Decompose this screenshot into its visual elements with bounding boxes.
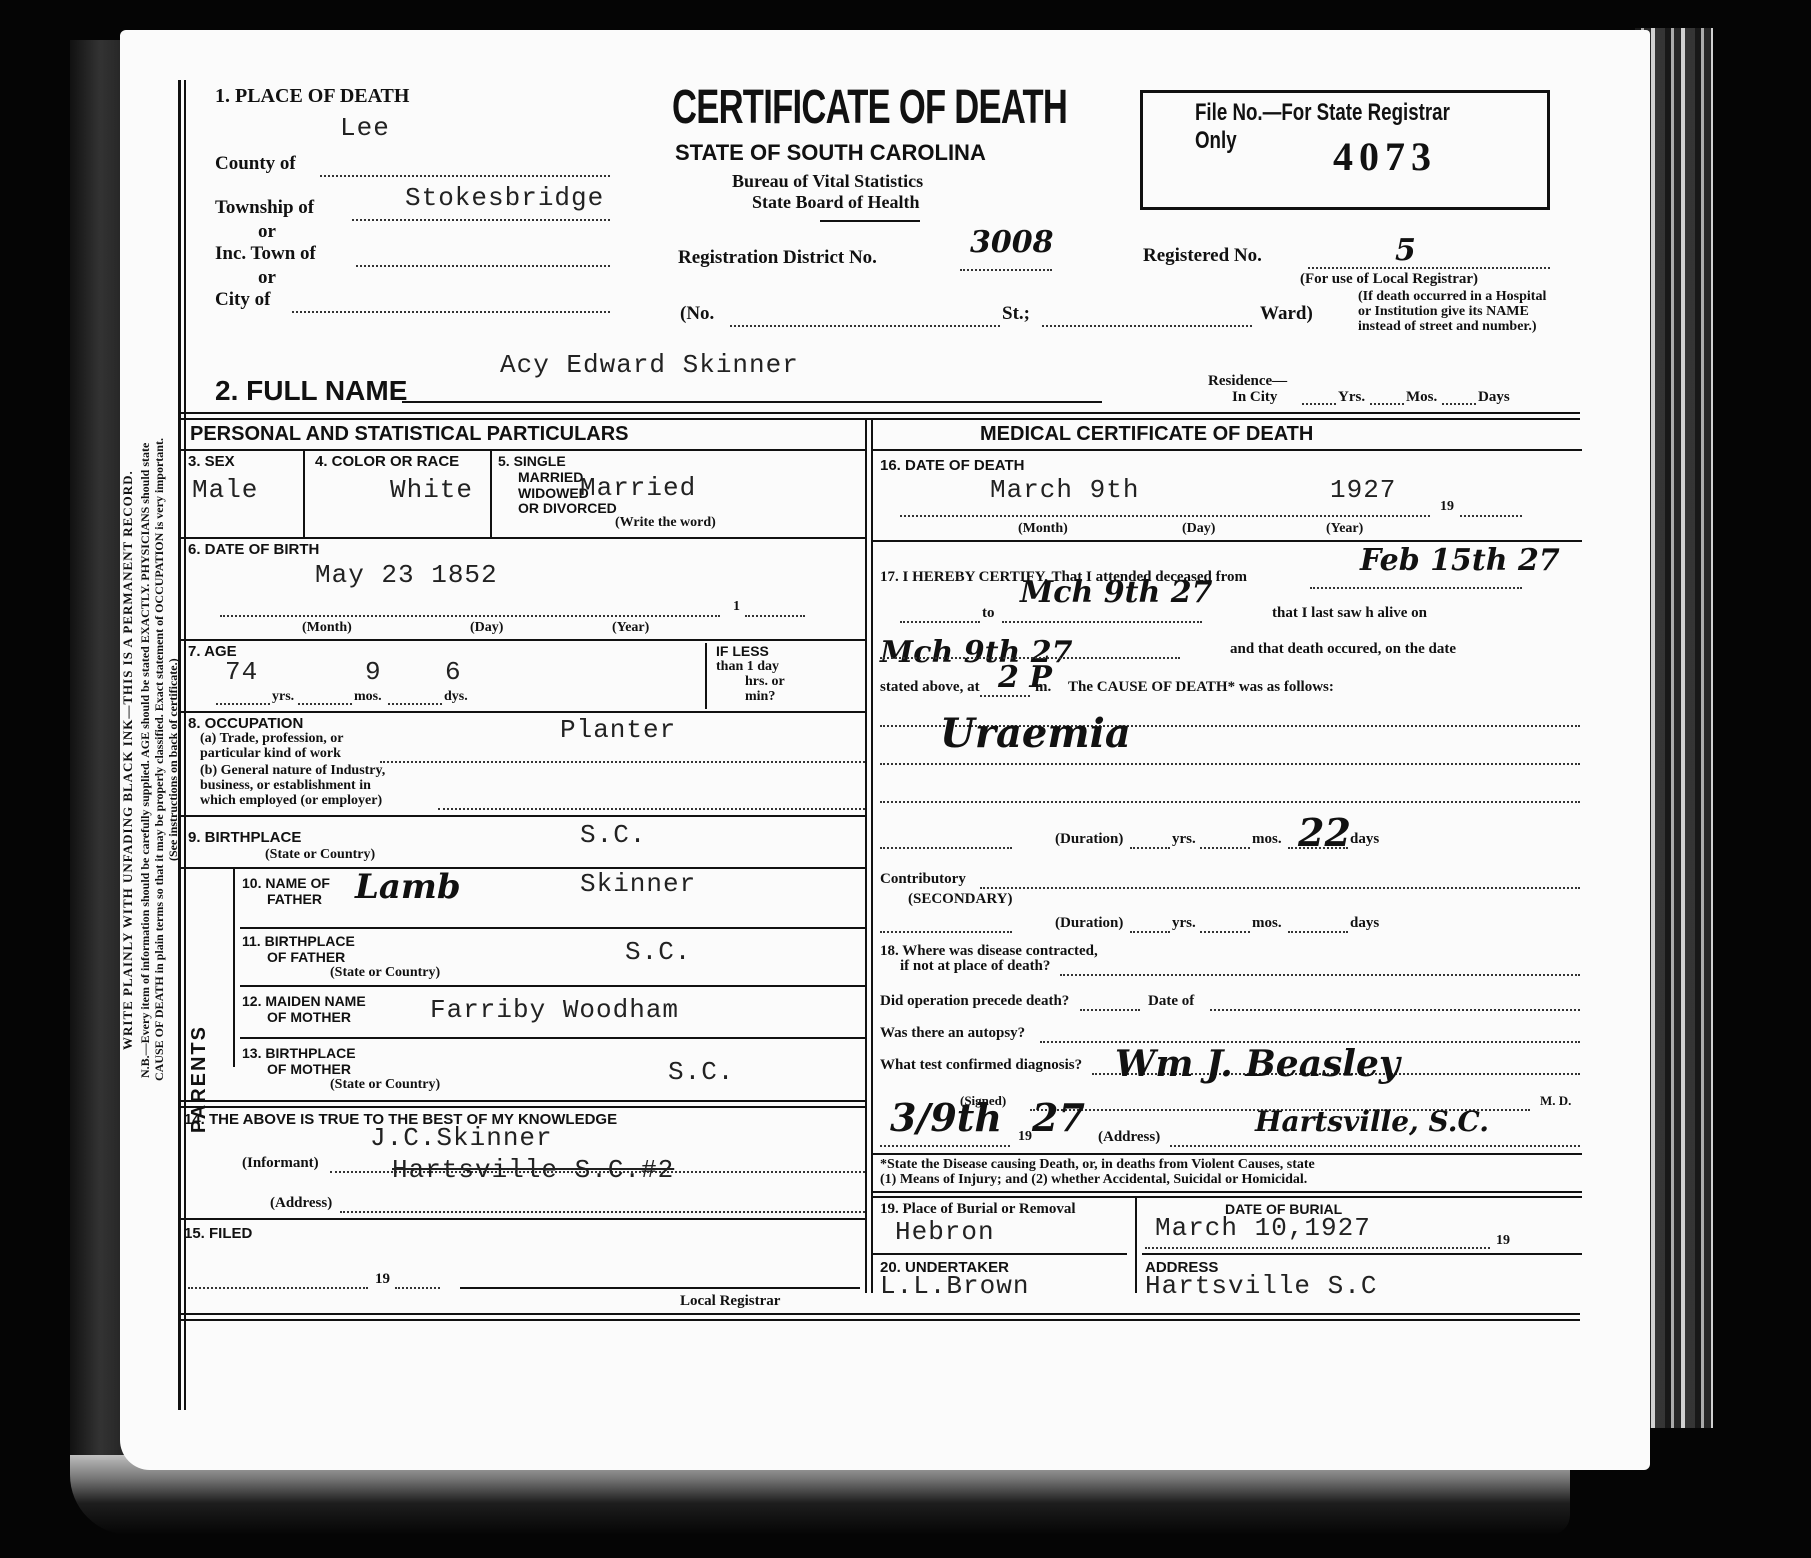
operation-date-field[interactable] [1210, 1009, 1580, 1011]
disease-contracted-field[interactable] [1060, 974, 1580, 976]
row-rule-4 [180, 815, 865, 817]
burial-date-field[interactable] [1145, 1247, 1490, 1249]
residence-years-field[interactable] [1302, 403, 1336, 405]
cause-text: The CAUSE OF DEATH* was as follows: [1068, 679, 1334, 696]
row-rule-7 [180, 1218, 865, 1220]
header-divider [180, 412, 1580, 414]
full-name-field[interactable] [402, 401, 1102, 403]
residence-in-city: In City [1232, 389, 1277, 406]
father-name-label-2: FATHER [267, 891, 322, 907]
father-name-rule [240, 927, 865, 929]
dod-day-caption: (Day) [1182, 521, 1215, 537]
duration-years-field[interactable] [1130, 847, 1170, 849]
attended-from-field[interactable] [1310, 587, 1522, 589]
occupation-b-1: (b) General nature of Industry, [200, 763, 385, 779]
dob-label: 6. DATE OF BIRTH [188, 541, 319, 558]
duration-mos-label: mos. [1252, 831, 1282, 848]
registered-no-label: Registered No. [1143, 245, 1262, 267]
father-bp-label-1: 11. BIRTHPLACE [242, 933, 355, 949]
secondary-label: (SECONDARY) [908, 891, 1012, 908]
if-less-2: than 1 day [716, 659, 779, 675]
race-value: White [390, 475, 473, 505]
operation-label: Did operation precede death? [880, 993, 1069, 1010]
if-less-3: hrs. or [745, 674, 785, 690]
mother-name-label-2: OF MOTHER [267, 1009, 351, 1025]
duration-days-field[interactable] [1288, 847, 1348, 849]
medical-heading-rule [872, 449, 1582, 451]
row-rule-6 [180, 1100, 865, 1102]
race-label: 4. COLOR OR RACE [315, 453, 459, 470]
local-registrar-note: (For use of Local Registrar) [1300, 271, 1478, 288]
age-yrs-label: yrs. [272, 689, 294, 705]
header-divider-2 [180, 418, 1580, 420]
frame-bottom-rule-2 [180, 1319, 1580, 1321]
sign-year-prefix: 19 [1018, 1129, 1032, 1145]
occupation-a-1: (a) Trade, profession, or [200, 731, 344, 747]
residence-yrs-label: Yrs. [1338, 389, 1365, 406]
side-note-cause: CAUSE OF DEATH in plain terms so that it… [152, 110, 167, 1410]
city-field[interactable] [292, 311, 610, 313]
undertaker-value: L.L.Brown [880, 1271, 1029, 1301]
occurred-text: and that death occured, on the date [1230, 641, 1456, 658]
burial-place-label: 19. Place of Burial or Removal [880, 1201, 1076, 1218]
secondary-yrs-label: yrs. [1172, 915, 1196, 932]
marital-hint: (Write the word) [615, 515, 716, 531]
dob-day-caption: (Day) [470, 620, 503, 636]
residence-days-field[interactable] [1442, 403, 1476, 405]
residence-days-label: Days [1478, 389, 1510, 406]
date-of-label: Date of [1148, 993, 1194, 1010]
duration-days-label: days [1350, 831, 1379, 848]
dob-month-caption: (Month) [302, 620, 352, 636]
dob-year-prefix: 1 [733, 599, 740, 615]
dod-year-field[interactable] [1460, 515, 1522, 517]
registration-district-field[interactable] [960, 269, 1052, 271]
dob-year-caption: (Year) [612, 620, 649, 636]
street-label: St.; [1002, 303, 1030, 325]
occupation-a-2: particular kind of work [200, 746, 341, 762]
residence-label: Residence— [1208, 373, 1287, 390]
secondary-duration-days-field[interactable] [1288, 931, 1348, 933]
mother-name-label-1: 12. MAIDEN NAME [242, 993, 366, 1009]
dob-value: May 23 1852 [315, 560, 498, 590]
frame-bottom-rule [180, 1313, 1580, 1315]
residence-months-field[interactable] [1370, 403, 1404, 405]
father-bp-value: S.C. [625, 937, 691, 967]
informant-address-label: (Address) [270, 1195, 332, 1212]
hospital-note: (If death occurred in a Hospital or Inst… [1358, 289, 1553, 334]
informant-address-field[interactable] [340, 1211, 865, 1213]
occupation-label: 8. OCCUPATION [188, 715, 303, 732]
last-saw-field[interactable] [880, 657, 1180, 659]
q18-label-2: if not at place of death? [900, 958, 1050, 975]
medical-rule-3 [872, 1191, 1582, 1193]
row-rule-2 [180, 639, 865, 641]
registration-district-label: Registration District No. [678, 247, 877, 269]
mother-bp-hint: (State or Country) [330, 1077, 440, 1093]
column-divider [865, 418, 867, 1293]
birthplace-label: 9. BIRTHPLACE [188, 829, 301, 846]
township-field[interactable] [352, 219, 610, 221]
county-label: County of [215, 153, 296, 175]
certificate-form: 1. PLACE OF DEATH Lee County of Township… [180, 75, 1600, 1415]
undertaker-address-value: Hartsville S.C [1145, 1271, 1377, 1301]
footnote-2: (1) Means of Injury; and (2) whether Acc… [880, 1172, 1307, 1188]
title-underline [820, 220, 920, 222]
registration-district-value: 3008 [970, 225, 1054, 260]
medical-rule-1 [872, 540, 1582, 542]
secondary-duration-months-field[interactable] [1200, 931, 1250, 933]
residence-mos-label: Mos. [1406, 389, 1437, 406]
dob-field[interactable] [220, 615, 720, 617]
or-text-1: or [258, 221, 276, 243]
father-name-label-1: 10. NAME OF [242, 875, 330, 891]
inc-town-field[interactable] [356, 265, 610, 267]
registered-no-field[interactable] [1308, 267, 1550, 269]
informant-value: J.C.Skinner [370, 1123, 553, 1153]
m-label: m. [1035, 679, 1051, 696]
township-value: Stokesbridge [405, 183, 604, 213]
or-text-2: or [258, 267, 276, 289]
sign-date-hand: 3/9th [890, 1095, 1002, 1140]
physician-address-field[interactable] [1170, 1145, 1580, 1147]
time-of-death-field[interactable] [980, 695, 1030, 697]
father-bp-hint: (State or Country) [330, 965, 440, 981]
cause-of-death-value: Uraemia [940, 710, 1131, 757]
burial-year-prefix: 19 [1496, 1233, 1510, 1249]
age-days-field[interactable] [388, 703, 442, 705]
row-rule-6b [180, 1106, 865, 1108]
burial-date-value: March 10,1927 [1155, 1213, 1371, 1243]
father-bp-rule [240, 985, 865, 987]
age-years-field[interactable] [216, 703, 270, 705]
dob-year-field[interactable] [745, 615, 805, 617]
age-months-value: 9 [365, 657, 382, 687]
birthplace-hint: (State or Country) [265, 847, 375, 863]
filed-date-field[interactable] [188, 1287, 368, 1289]
city-label: City of [215, 289, 270, 311]
mother-bp-label-2: OF MOTHER [267, 1061, 351, 1077]
contributory-field[interactable] [980, 887, 1580, 889]
medical-heading: MEDICAL CERTIFICATE OF DEATH [980, 423, 1313, 446]
marital-label-married: MARRIED [518, 469, 583, 485]
informant-label: (Informant) [242, 1155, 319, 1172]
side-note-nb: N.B.—Every item of information should be… [138, 110, 153, 1410]
if-less-1: IF LESS [716, 643, 769, 659]
if-less-4: min? [745, 689, 775, 705]
ward-label: Ward) [1260, 303, 1313, 325]
dod-month-caption: (Month) [1018, 521, 1068, 537]
attended-to-field[interactable] [1002, 621, 1202, 623]
sign-date-field[interactable] [880, 1145, 1010, 1147]
attended-to-hand: Mch 9th 27 [1020, 575, 1212, 610]
side-instructions: WRITE PLAINLY WITH UNFADING BLACK INK—TH… [118, 110, 178, 1410]
contributory-label: Contributory [880, 871, 966, 888]
attended-from-date-field[interactable] [900, 621, 980, 623]
medical-rule-2 [872, 1153, 1582, 1155]
duration-months-field[interactable] [1200, 847, 1250, 849]
street-no-field[interactable] [730, 325, 1000, 327]
dod-year-prefix: 19 [1440, 499, 1454, 515]
secondary-duration-years-field[interactable] [1130, 931, 1170, 933]
dod-year-caption: (Year) [1326, 521, 1363, 537]
inc-town-label: Inc. Town of [215, 243, 316, 265]
filed-year-prefix: 19 [375, 1271, 390, 1288]
autopsy-label: Was there an autopsy? [880, 1025, 1025, 1042]
to-label: to [982, 605, 995, 622]
informant-address-value: Hartsville S.C.#2 [392, 1155, 674, 1185]
test-label: What test confirmed diagnosis? [880, 1057, 1082, 1074]
duration-prefix-field[interactable] [880, 847, 1012, 849]
physician-address-label: (Address) [1098, 1129, 1160, 1146]
birthplace-value: S.C. [580, 820, 646, 850]
place-of-death-heading: 1. PLACE OF DEATH [215, 85, 409, 108]
state-name: STATE OF SOUTH CAROLINA [675, 140, 986, 166]
local-registrar-label: Local Registrar [680, 1293, 780, 1310]
local-registrar-field[interactable] [460, 1287, 860, 1289]
father-surname-value: Skinner [580, 869, 696, 899]
row-rule-1 [180, 537, 865, 539]
row-rule-5 [180, 867, 865, 869]
row-rule-3 [180, 711, 865, 713]
file-number-box: File No.—For State Registrar Only 4073 [1140, 90, 1550, 210]
age-years-value: 74 [225, 657, 258, 687]
certificate-title: CERTIFICATE OF DEATH [672, 80, 1067, 135]
registered-no-value: 5 [1395, 233, 1416, 268]
last-saw-text: that I last saw h alive on [1272, 605, 1427, 622]
county-field[interactable] [320, 175, 610, 177]
parents-divider [233, 867, 235, 1067]
burial-rule-left [872, 1253, 1127, 1255]
marital-label-widowed: WIDOWED [518, 485, 589, 501]
sign-year-hand: 27 [1032, 1095, 1085, 1140]
bureau-name: Bureau of Vital Statistics [732, 171, 923, 192]
mother-name-rule [240, 1037, 865, 1039]
full-name-value: Acy Edward Skinner [500, 350, 799, 380]
age-mos-label: mos. [354, 689, 382, 705]
occupation-a-field[interactable] [380, 761, 865, 763]
personal-heading: PERSONAL AND STATISTICAL PARTICULARS [190, 423, 629, 446]
filed-year-field[interactable] [395, 1287, 440, 1289]
street-no-label: (No. [680, 303, 714, 325]
stated-above-label: stated above, at [880, 679, 980, 696]
township-label: Township of [215, 197, 314, 219]
burial-divider [1135, 1196, 1137, 1293]
secondary-duration-prefix-field[interactable] [880, 931, 1012, 933]
dod-field[interactable] [900, 515, 1430, 517]
marital-label-single: 5. SINGLE [498, 453, 566, 469]
board-name: State Board of Health [752, 192, 919, 213]
secondary-days-label: days [1350, 915, 1379, 932]
occupation-b-2: business, or establishment in [200, 778, 371, 794]
cause-line-2[interactable] [880, 763, 1580, 765]
dod-label: 16. DATE OF DEATH [880, 457, 1024, 474]
duration-label: (Duration) [1055, 831, 1123, 848]
age-days-value: 6 [445, 657, 462, 687]
dod-month-day-value: March 9th [990, 475, 1139, 505]
mother-bp-value: S.C. [668, 1057, 734, 1087]
cause-line-3[interactable] [880, 801, 1580, 803]
operation-field[interactable] [1080, 1009, 1140, 1011]
file-number: 4073 [1333, 133, 1437, 180]
medical-rule-3b [872, 1196, 1582, 1198]
occupation-b-3: which employed (or employer) [200, 793, 382, 809]
burial-rule-right [1142, 1253, 1582, 1255]
occupation-value: Planter [560, 715, 676, 745]
county-value: Lee [340, 113, 390, 143]
age-dys-label: dys. [444, 689, 468, 705]
age-divider [705, 643, 707, 709]
duration-yrs-label: yrs. [1172, 831, 1196, 848]
burial-place-value: Hebron [895, 1217, 995, 1247]
filed-label: 15. FILED [184, 1225, 252, 1242]
race-marital-divider [490, 449, 492, 537]
sex-label: 3. SEX [188, 453, 235, 470]
dod-year-value: 1927 [1330, 475, 1396, 505]
physician-signature: Wm J. Beasley [1115, 1043, 1400, 1085]
secondary-duration-label: (Duration) [1055, 915, 1123, 932]
full-name-label: 2. FULL NAME [215, 375, 407, 407]
marital-value: Married [580, 473, 696, 503]
sex-race-divider [303, 449, 305, 537]
street-field[interactable] [1042, 325, 1252, 327]
personal-heading-rule [180, 449, 865, 451]
mother-bp-label-1: 13. BIRTHPLACE [242, 1045, 356, 1061]
mother-name-value: Farriby Woodham [430, 995, 679, 1025]
occupation-b-field[interactable] [438, 808, 865, 810]
attended-from-hand: Feb 15th 27 [1360, 543, 1560, 578]
sex-value: Male [192, 475, 258, 505]
physician-address-hand: Hartsville, S.C. [1255, 1105, 1489, 1138]
md-label: M. D. [1540, 1093, 1571, 1109]
age-months-field[interactable] [298, 703, 352, 705]
column-divider-2 [871, 418, 873, 1293]
footnote-1: *State the Disease causing Death, or, in… [880, 1157, 1315, 1173]
father-bp-label-2: OF FATHER [267, 949, 345, 965]
secondary-mos-label: mos. [1252, 915, 1282, 932]
father-first-name-hand: Lamb [355, 867, 461, 907]
side-note-ink: WRITE PLAINLY WITH UNFADING BLACK INK—TH… [120, 110, 136, 1410]
